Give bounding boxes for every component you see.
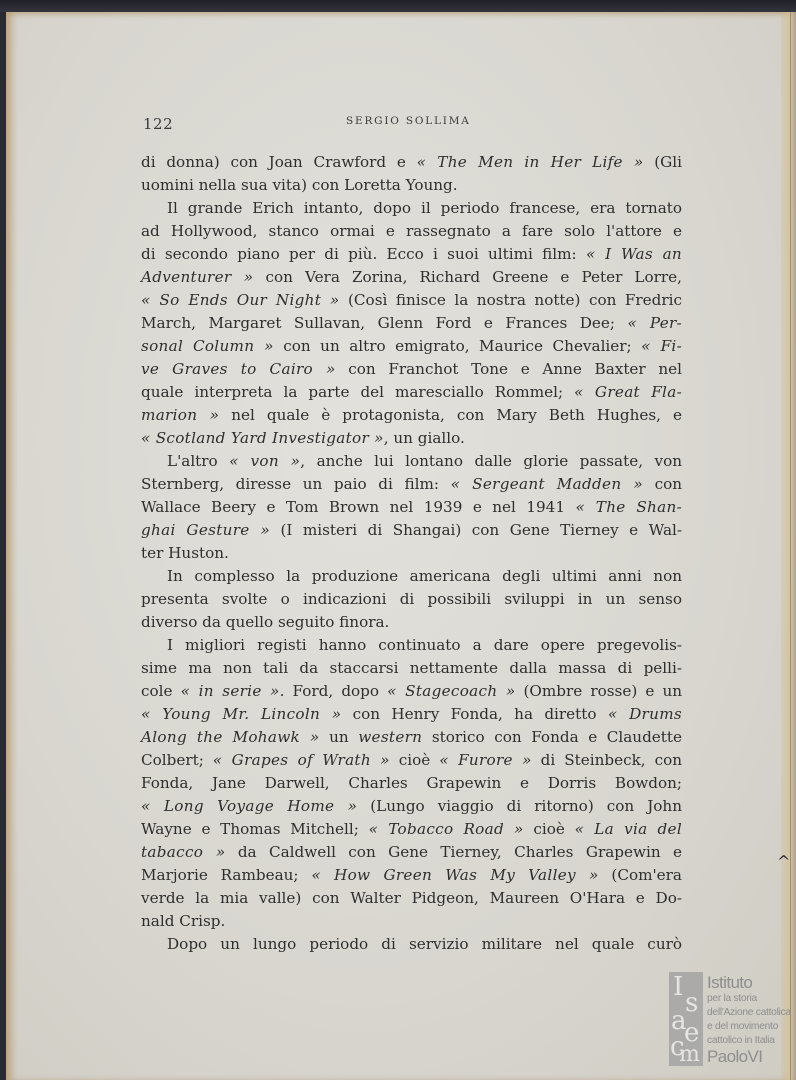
italic-title-text: « Grapes of Wrath » (213, 751, 390, 769)
logo-text-istituto: Istituto (707, 974, 752, 991)
text-line: marion » nel quale è protagonista, con M… (141, 404, 682, 427)
text-line: Wayne e Thomas Mitchell; « Tobacco Road … (141, 818, 682, 841)
text-run: nel quale è protagonista, con Mary Beth … (219, 406, 682, 424)
text-line: Marjorie Rambeau; « How Green Was My Val… (141, 864, 682, 887)
italic-title-text: « The Shan- (575, 498, 682, 516)
text-line: uomini nella sua vita) con Loretta Young… (141, 174, 682, 197)
text-run: diverso da quello seguito finora. (141, 613, 389, 631)
page-gutter (781, 12, 796, 1080)
text-line: sonal Column » con un altro emigrato, Ma… (141, 335, 682, 358)
italic-title-text: « in serie » (181, 682, 280, 700)
running-title: SERGIO SOLLIMA (346, 115, 471, 127)
italic-title-text: « Fi- (641, 337, 682, 355)
italic-title-text: « Young Mr. Lincoln » (141, 705, 341, 723)
text-run: Sternberg, diresse un paio di film: (141, 475, 451, 493)
italic-title-text: « La via del (575, 820, 682, 838)
text-run: , un giallo. (384, 429, 465, 447)
italic-title-text: « Scotland Yard Investigator » (141, 429, 384, 447)
pencil-mark-icon: ^ (777, 852, 790, 871)
text-line: Wallace Beery e Tom Brown nel 1939 e nel… (141, 496, 682, 519)
text-line: di donna) con Joan Crawford e « The Men … (141, 151, 682, 174)
text-run: March, Margaret Sullavan, Glenn Ford e F… (141, 314, 628, 332)
page-number: 122 (143, 115, 173, 133)
body-text: di donna) con Joan Crawford e « The Men … (141, 151, 682, 956)
text-run: . Ford, dopo (280, 682, 388, 700)
text-line: « Scotland Yard Investigator », un giall… (141, 427, 682, 450)
text-run: In complesso la produzione americana deg… (167, 567, 682, 585)
text-run: Wayne e Thomas Mitchell; (141, 820, 369, 838)
text-run: sime ma non tali da staccarsi nettamente… (141, 659, 682, 677)
italic-title-text: « The Men in Her Life » (417, 153, 644, 171)
logo-letter: I (673, 974, 683, 1000)
logo-text-line: cattolico in Italia (707, 1036, 775, 1046)
italic-title-text: western (358, 728, 422, 746)
italic-title-text: « Tobacco Road » (369, 820, 524, 838)
text-line: verde la mia valle) con Walter Pidgeon, … (141, 887, 682, 910)
text-line: ter Huston. (141, 542, 682, 565)
text-line: Along the Mohawk » un western storico co… (141, 726, 682, 749)
text-run: Fonda, Jane Darwell, Charles Grapewin e … (141, 774, 682, 792)
text-line: di secondo piano per di più. Ecco i suoi… (141, 243, 682, 266)
text-run: verde la mia valle) con Walter Pidgeon, … (141, 889, 682, 907)
text-run: cioè (524, 820, 575, 838)
italic-title-text: « Sergeant Madden » (451, 475, 643, 493)
text-run: (Così finisce la nostra notte) con Fredr… (340, 291, 682, 309)
italic-title-text: sonal Column » (141, 337, 274, 355)
isacem-watermark-logo: I s a e c m Istituto per la storia dell'… (669, 972, 794, 1068)
text-run: con (643, 475, 682, 493)
text-line: Sternberg, diresse un paio di film: « Se… (141, 473, 682, 496)
scan-background-top (0, 0, 796, 12)
text-run: , anche lui lontano dalle glorie passate… (300, 452, 682, 470)
text-run: quale interpreta la parte del maresciall… (141, 383, 574, 401)
text-line: Fonda, Jane Darwell, Charles Grapewin e … (141, 772, 682, 795)
italic-title-text: marion » (141, 406, 219, 424)
text-run: con Vera Zorina, Richard Greene e Peter … (253, 268, 682, 286)
italic-title-text: Along the Mohawk » (141, 728, 320, 746)
italic-title-text: « Furore » (439, 751, 532, 769)
text-run: (Lungo viaggio di ritorno) con John (357, 797, 682, 815)
text-run: I migliori registi hanno continuato a da… (167, 636, 682, 654)
text-line: nald Crisp. (141, 910, 682, 933)
text-run: (Com'era (599, 866, 682, 884)
text-line: cole « in serie ». Ford, dopo « Stagecoa… (141, 680, 682, 703)
text-run: (Ombre rosse) e un (515, 682, 682, 700)
italic-title-text: Adventurer » (141, 268, 253, 286)
text-line: quale interpreta la parte del maresciall… (141, 381, 682, 404)
text-run: nald Crisp. (141, 912, 225, 930)
text-run: Colbert; (141, 751, 213, 769)
logo-letter: m (679, 1044, 700, 1066)
text-line: March, Margaret Sullavan, Glenn Ford e F… (141, 312, 682, 335)
text-run: L'altro (167, 452, 229, 470)
text-run: (Gli (643, 153, 682, 171)
text-run: ter Huston. (141, 544, 229, 562)
text-line: Dopo un lungo periodo di servizio milita… (141, 933, 682, 956)
text-line: « Young Mr. Lincoln » con Henry Fonda, h… (141, 703, 682, 726)
text-run: di donna) con Joan Crawford e (141, 153, 417, 171)
text-line: ve Graves to Cairo » con Franchot Tone e… (141, 358, 682, 381)
logo-text-line: e del movimento (707, 1022, 778, 1032)
italic-title-text: tabacco » (141, 843, 225, 861)
logo-text-paolo-vi: PaoloVI (707, 1048, 762, 1065)
text-line: diverso da quello seguito finora. (141, 611, 682, 634)
text-run: (I misteri di Shangai) con Gene Tierney … (270, 521, 682, 539)
text-run: di secondo piano per di più. Ecco i suoi… (141, 245, 586, 263)
text-run: cole (141, 682, 181, 700)
text-line: presenta svolte o indicazioni di possibi… (141, 588, 682, 611)
text-run: ad Hollywood, stanco ormai e rassegnato … (141, 222, 682, 240)
italic-title-text: « I Was an (586, 245, 682, 263)
logo-text-line: per la storia (707, 994, 757, 1004)
text-line: « So Ends Our Night » (Così finisce la n… (141, 289, 682, 312)
text-run: cioè (390, 751, 439, 769)
italic-title-text: « So Ends Our Night » (141, 291, 340, 309)
text-run: da Caldwell con Gene Tierney, Charles Gr… (225, 843, 682, 861)
text-line: sime ma non tali da staccarsi nettamente… (141, 657, 682, 680)
logo-text-line: dell'Azione cattolica (707, 1008, 791, 1018)
italic-title-text: ghai Gesture » (141, 521, 270, 539)
text-run: con un altro emigrato, Maurice Chevalier… (274, 337, 641, 355)
italic-title-text: « How Green Was My Valley » (311, 866, 598, 884)
text-run: presenta svolte o indicazioni di possibi… (141, 590, 682, 608)
italic-title-text: « Drums (608, 705, 682, 723)
text-run: Wallace Beery e Tom Brown nel 1939 e nel… (141, 498, 575, 516)
text-line: « Long Voyage Home » (Lungo viaggio di r… (141, 795, 682, 818)
text-run: Il grande Erich intanto, dopo il periodo… (167, 199, 682, 217)
running-head: 122 SERGIO SOLLIMA (141, 113, 682, 133)
italic-title-text: « von » (229, 452, 300, 470)
text-line: Colbert; « Grapes of Wrath » cioè « Furo… (141, 749, 682, 772)
italic-title-text: « Per- (628, 314, 682, 332)
text-line: ad Hollywood, stanco ormai e rassegnato … (141, 220, 682, 243)
italic-title-text: ve Graves to Cairo » (141, 360, 336, 378)
text-run: con Franchot Tone e Anne Baxter nel (336, 360, 682, 378)
text-run: un (320, 728, 359, 746)
text-line: ghai Gesture » (I misteri di Shangai) co… (141, 519, 682, 542)
text-run: uomini nella sua vita) con Loretta Young… (141, 176, 458, 194)
text-line: In complesso la produzione americana deg… (141, 565, 682, 588)
text-line: L'altro « von », anche lui lontano dalle… (141, 450, 682, 473)
text-line: Adventurer » con Vera Zorina, Richard Gr… (141, 266, 682, 289)
text-run: Dopo un lungo periodo di servizio milita… (167, 935, 682, 953)
text-line: Il grande Erich intanto, dopo il periodo… (141, 197, 682, 220)
text-run: con Henry Fonda, ha diretto (341, 705, 608, 723)
page-edge-stain (6, 12, 18, 1080)
gutter-fold-line (790, 12, 791, 1080)
italic-title-text: « Long Voyage Home » (141, 797, 357, 815)
text-run: storico con Fonda e Claudette (422, 728, 682, 746)
italic-title-text: « Stagecoach » (387, 682, 515, 700)
text-line: tabacco » da Caldwell con Gene Tierney, … (141, 841, 682, 864)
logo-letter: s (685, 990, 698, 1016)
italic-title-text: « Great Fla- (574, 383, 682, 401)
text-line: I migliori registi hanno continuato a da… (141, 634, 682, 657)
text-run: di Steinbeck, con (532, 751, 682, 769)
text-run: Marjorie Rambeau; (141, 866, 311, 884)
